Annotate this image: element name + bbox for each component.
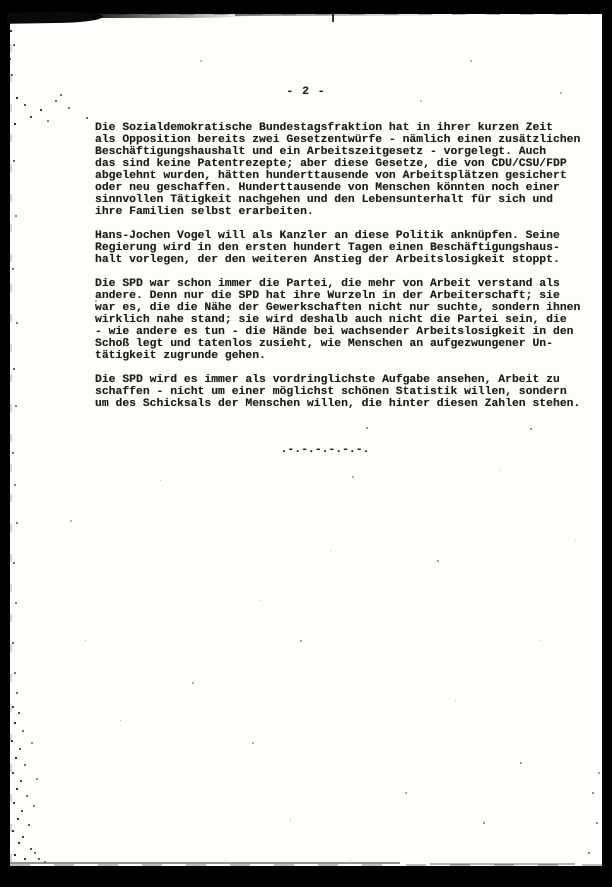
scanner-background: { "document": { "page_number": "- 2 -", … xyxy=(0,0,612,887)
paragraph-spd-fraktion: Die Sozialdemokratische Bundestagsfrakti… xyxy=(95,122,589,218)
paragraph-spd-partei: Die SPD war schon immer die Partei, die … xyxy=(95,278,589,362)
end-of-text-separator: .-.-.-.-.-.-. xyxy=(95,444,555,456)
page-number: - 2 - xyxy=(10,86,602,98)
paragraph-vogel-kanzler: Hans-Jochen Vogel will als Kanzler an di… xyxy=(95,230,589,266)
scan-speckles-light xyxy=(0,0,1,1)
document-page: - 2 - Die Sozialdemokratische Bundestags… xyxy=(10,14,602,866)
scan-speckles-dark xyxy=(0,0,2,2)
scan-speckles-mid xyxy=(0,0,2,2)
paragraph-spd-aufgabe: Die SPD wird es immer als vordringlichst… xyxy=(95,374,589,410)
document-body: Die Sozialdemokratische Bundestagsfrakti… xyxy=(95,122,589,422)
